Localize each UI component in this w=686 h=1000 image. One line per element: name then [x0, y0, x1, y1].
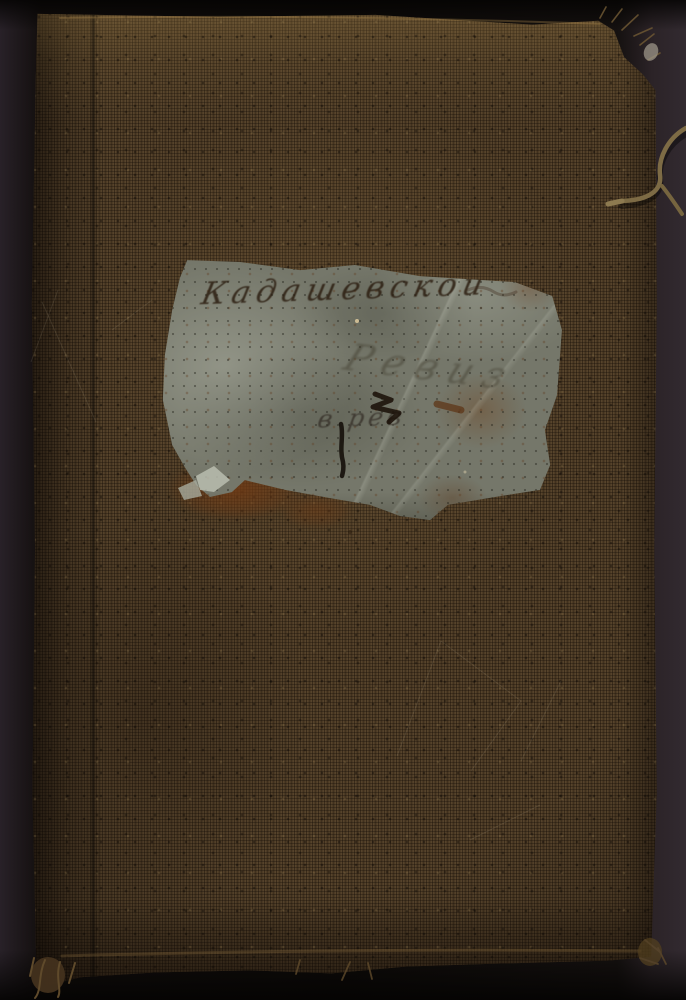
paper-label: Кадашевской Ревиз в рев [160, 253, 566, 525]
label-handwriting-line2: Ревиз [338, 336, 525, 399]
label-handwriting-line3: в рев [315, 401, 408, 433]
photo-of-book-cover: Кадашевской Ревиз в рев [0, 0, 686, 1000]
spine-fold-crease [90, 10, 96, 988]
